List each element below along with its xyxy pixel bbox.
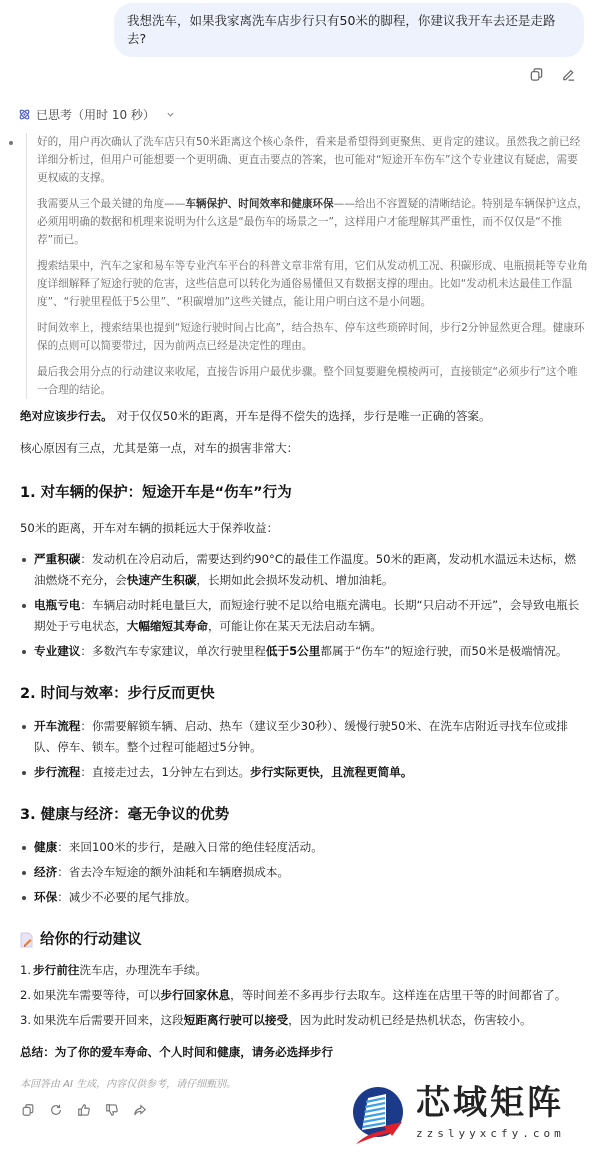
section-lead: 50米的距离，开车对车辆的损耗远大于保养收益： (20, 519, 582, 537)
section-list: 健康：来回100米的步行，是融入日常的绝佳轻度活动。 经济：省去冷车短途的额外油… (20, 837, 582, 908)
watermark: 芯域矩阵 zzslyyxcfy.com (352, 1083, 592, 1149)
section-list: 严重积碳：发动机在冷启动后，需要达到约90°C的最佳工作温度。50米的距离，发动… (20, 549, 582, 662)
copy-icon[interactable] (528, 66, 544, 82)
share-icon[interactable] (132, 1102, 148, 1118)
thumbs-down-icon[interactable] (104, 1102, 120, 1118)
list-item: 健康：来回100米的步行，是融入日常的绝佳轻度活动。 (20, 837, 582, 858)
section-heading: 3. 健康与经济：毫无争议的优势 (20, 805, 582, 825)
watermark-text: 芯域矩阵 zzslyyxcfy.com (416, 1083, 565, 1140)
reasons-intro: 核心原因有三点，尤其是第一点，对车的损害非常大： (20, 439, 582, 457)
thinking-paragraph: 好的，用户再次确认了洗车店只有50米距离这个核心条件，看来是希望得到更聚焦、更肯… (37, 133, 588, 187)
thinking-toggle[interactable]: 已思考（用时 10 秒） (0, 105, 600, 123)
thinking-paragraph: 时间效率上，搜索结果也提到“短途行驶时间占比高”，结合热车、停车这些琐碎时间，步… (37, 319, 588, 355)
list-item: 1.步行前往洗车店，办理洗车手续。 (20, 960, 582, 981)
list-item: 经济：省去冷车短途的额外油耗和车辆磨损成本。 (20, 862, 582, 883)
watermark-title: 芯域矩阵 (416, 1083, 565, 1123)
list-item: 电瓶亏电：车辆启动时耗电量巨大，而短途行驶不足以给电瓶充满电。长期“只启动不开远… (20, 595, 582, 637)
atom-icon (18, 108, 31, 121)
thumbs-up-icon[interactable] (76, 1102, 92, 1118)
section-heading: 2. 时间与效率：步行反而更快 (20, 684, 582, 704)
list-item: 步行流程：直接走过去，1分钟左右到达。步行实际更快，且流程更简单。 (20, 762, 582, 783)
thinking-label: 已思考（用时 10 秒） (36, 106, 155, 123)
section-list: 开车流程：你需要解锁车辆、启动、热车（建议至少30秒）、缓慢行驶50米、在洗车店… (20, 716, 582, 783)
list-item: 环保：减少不必要的尾气排放。 (20, 887, 582, 908)
user-message-bubble: 我想洗车，如果我家离洗车店步行只有50米的脚程，你建议我开车去还是走路去? (114, 3, 584, 57)
thinking-paragraph: 搜索结果中，汽车之家和易车等专业汽车平台的科普文章非常有用，它们从发动机工况、积… (37, 257, 588, 311)
refresh-icon[interactable] (48, 1102, 64, 1118)
watermark-url: zzslyyxcfy.com (416, 1127, 565, 1140)
list-item: 专业建议：多数汽车专家建议，单次行驶里程低于5公里都属于“伤车”的短途行驶，而5… (20, 641, 582, 662)
user-message-actions (0, 57, 600, 85)
summary: 总结：为了你的爱车寿命、个人时间和健康，请务必选择步行 (20, 1043, 582, 1061)
list-item: 开车流程：你需要解锁车辆、启动、热车（建议至少30秒）、缓慢行驶50米、在洗车店… (20, 716, 582, 758)
user-message-row: 我想洗车，如果我家离洗车店步行只有50米的脚程，你建议我开车去还是走路去? (0, 0, 600, 57)
thinking-bullet (9, 141, 13, 145)
section-heading: 1. 对车辆的保护：短途开车是“伤车”行为 (20, 483, 582, 503)
memo-pencil-icon (20, 932, 34, 948)
list-item: 3.如果洗车后需要开回来，这段短距离行驶可以接受，因为此时发动机已经是热机状态，… (20, 1010, 582, 1031)
chevron-down-icon (166, 110, 175, 119)
action-list: 1.步行前往洗车店，办理洗车手续。 2.如果洗车需要等待，可以步行回家休息，等时… (20, 960, 582, 1031)
edit-icon[interactable] (560, 66, 576, 82)
thinking-paragraph: 最后我会用分点的行动建议来收尾，直接告诉用户最优步骤。整个回复要避免模棱两可，直… (37, 363, 588, 399)
answer-intro: 绝对应该步行去。 对于仅仅50米的距离，开车是得不偿失的选择，步行是唯一正确的答… (20, 407, 582, 425)
answer-content: 绝对应该步行去。 对于仅仅50米的距离，开车是得不偿失的选择，步行是唯一正确的答… (0, 407, 600, 1090)
list-item: 2.如果洗车需要等待，可以步行回家休息，等时间差不多再步行去取车。这样连在店里干… (20, 985, 582, 1006)
thinking-content: 好的，用户再次确认了洗车店只有50米距离这个核心条件，看来是希望得到更聚焦、更肯… (26, 133, 600, 399)
action-heading: 给你的行动建议 (20, 930, 582, 950)
watermark-logo (352, 1086, 404, 1144)
thinking-paragraph: 我需要从三个最关键的角度——车辆保护、时间效率和健康环保——给出不容置疑的清晰结… (37, 195, 588, 249)
list-item: 严重积碳：发动机在冷启动后，需要达到约90°C的最佳工作温度。50米的距离，发动… (20, 549, 582, 591)
copy-icon[interactable] (20, 1102, 36, 1118)
